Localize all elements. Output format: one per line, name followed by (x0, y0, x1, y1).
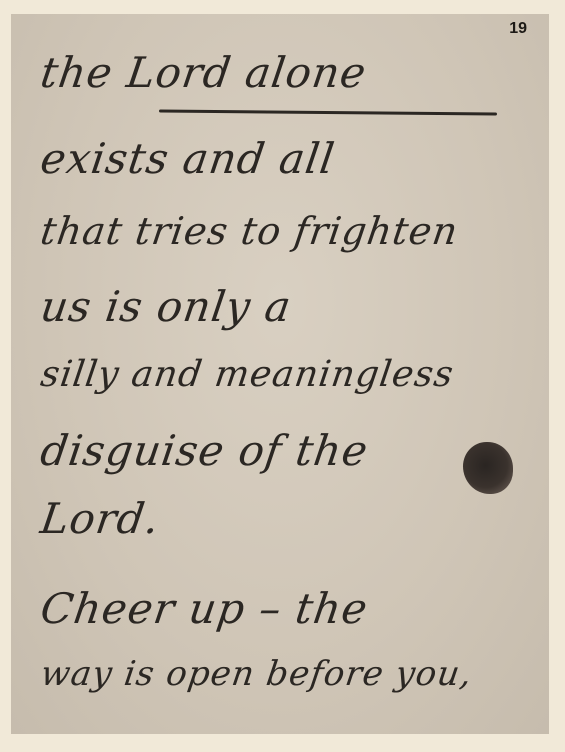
handwritten-line: us is only a (38, 282, 295, 331)
handwritten-line: Lord. (38, 494, 163, 543)
page-number: 19 (509, 20, 527, 38)
handwritten-line: Cheer up – the (38, 584, 372, 633)
handwritten-line: disguise of the (38, 426, 372, 475)
handwritten-line: that tries to frighten (38, 209, 461, 253)
handwritten-line: way is open before you, (38, 654, 475, 694)
handwritten-line: the Lord alone (38, 48, 370, 97)
ink-blot (463, 442, 513, 494)
manuscript-page: 19 the Lord alone exists and all that tr… (11, 14, 549, 734)
handwritten-line: silly and meaningless (38, 354, 456, 395)
underline-stroke (159, 110, 497, 116)
handwritten-line: exists and all (38, 134, 338, 183)
